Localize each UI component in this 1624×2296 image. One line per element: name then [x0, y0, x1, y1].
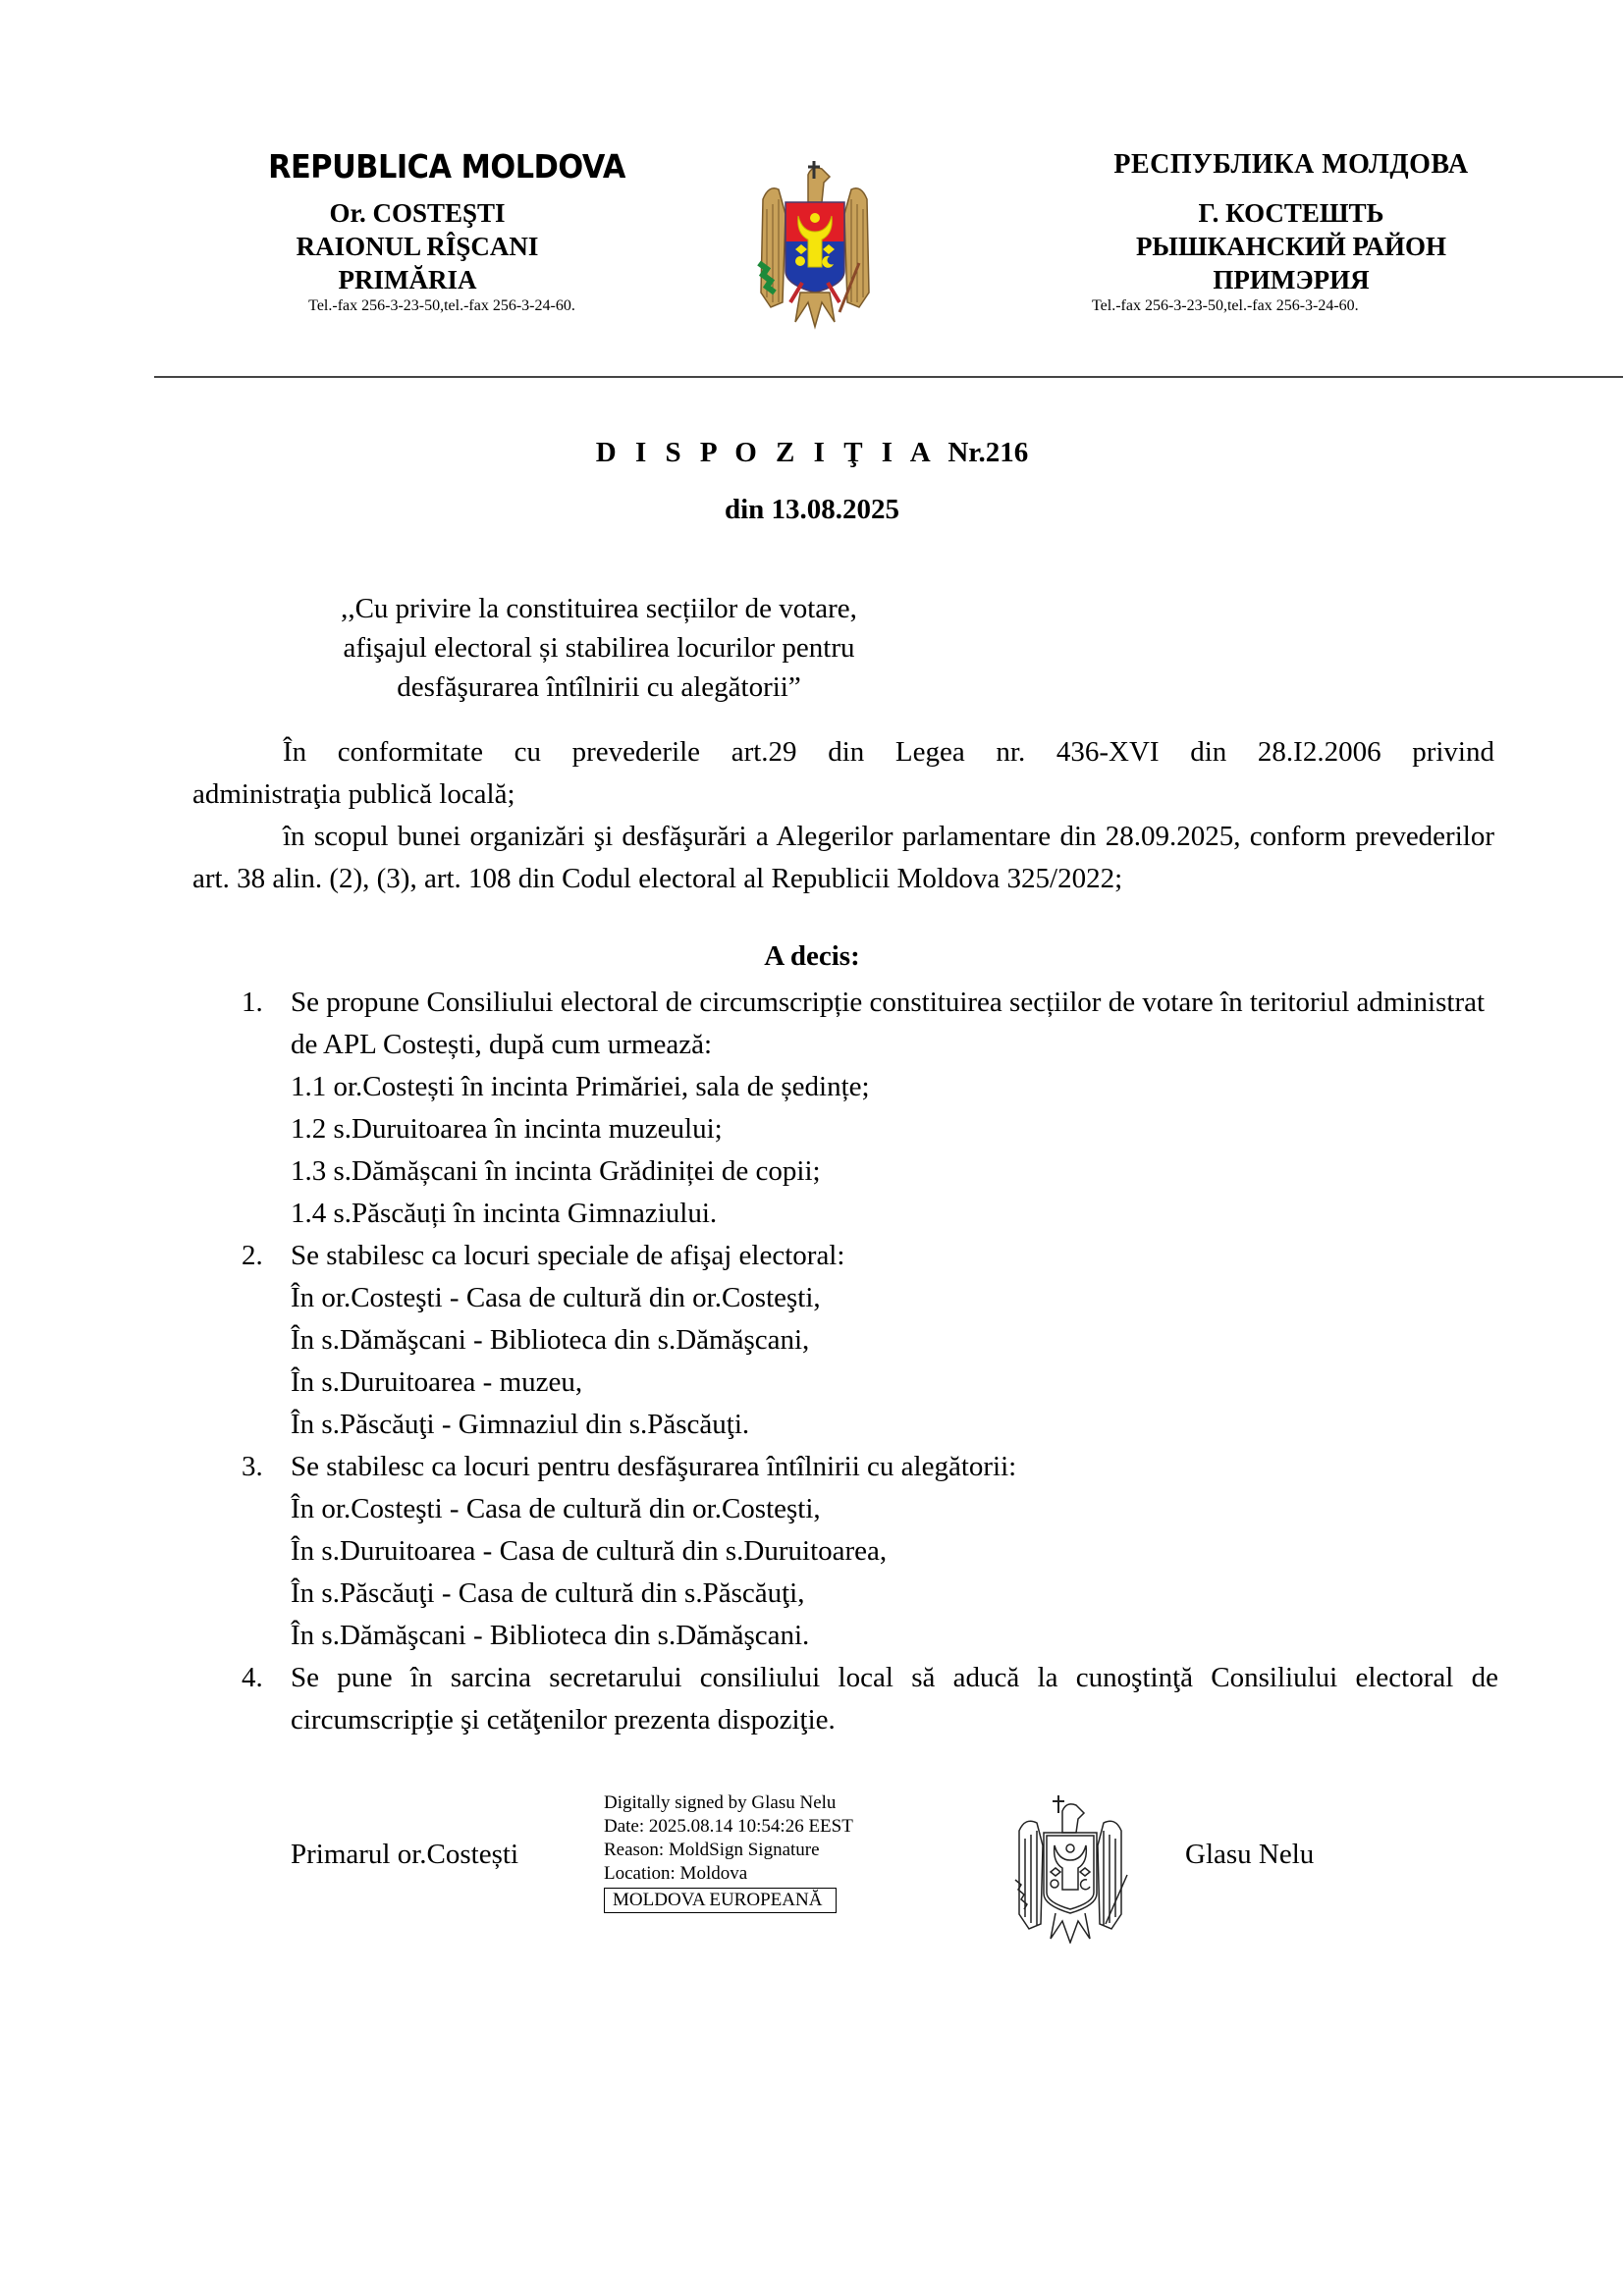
sub-item: În s.Dămăşcani - Biblioteca din s.Dămăşc… [291, 1319, 1498, 1362]
decision-item: 3. Se stabilesc ca locuri pentru desfăşu… [242, 1446, 1498, 1657]
header-divider [154, 376, 1623, 378]
preamble-paragraph-1: În conformitate cu prevederile art.29 di… [192, 731, 1494, 816]
signature-badge: MOLDOVA EUROPEANĂ [604, 1888, 837, 1913]
town-name-ru: Г. КОСТЕШТЬ [1070, 196, 1512, 230]
sub-item: În s.Păscăuţi - Gimnaziul din s.Păscăuţi… [291, 1404, 1498, 1446]
item-number: 3. [242, 1446, 263, 1488]
item-number: 1. [242, 982, 263, 1024]
preamble-line: În conformitate cu prevederile art.29 di… [192, 731, 1494, 774]
moldova-coat-of-arms-bw-icon [1011, 1791, 1129, 1944]
district-name-ru: РЫШКАНСКИЙ РАЙОН [1070, 230, 1512, 263]
signature-date: Date: 2025.08.14 10:54:26 EEST [604, 1815, 853, 1839]
sub-item: În or.Costeşti - Casa de cultură din or.… [291, 1277, 1498, 1319]
sub-item: În s.Păscăuţi - Casa de cultură din s.Pă… [291, 1573, 1498, 1615]
item-text: Se stabilesc ca locuri pentru desfăşurar… [291, 1451, 1016, 1482]
header-right: РЕСПУБЛИКА МОЛДОВА Г. КОСТЕШТЬ РЫШКАНСКИ… [1070, 145, 1512, 316]
item-text: Se propune Consiliului electoral de circ… [291, 987, 1485, 1060]
sub-item: 1.3 s.Dămășcani în incinta Grădiniței de… [291, 1150, 1498, 1193]
sub-item: În s.Duruitoarea - muzeu, [291, 1362, 1498, 1404]
district-name-ro: RAIONUL RÎŞCANI [167, 230, 668, 263]
decision-item: 4. Se pune în sarcina secretarului consi… [242, 1657, 1498, 1741]
moldova-coat-of-arms-icon [741, 155, 889, 332]
office-name-ro: PRIMĂRIA [147, 263, 668, 296]
sub-item: În or.Costeşti - Casa de cultură din or.… [291, 1488, 1498, 1530]
item-text: Se stabilesc ca locuri speciale de afişa… [291, 1240, 844, 1271]
town-name-ro: Or. COSTEŞTI [167, 196, 668, 230]
signatory-name: Glasu Nelu [1185, 1839, 1314, 1871]
sub-item: În s.Dămăşcani - Biblioteca din s.Dămăşc… [291, 1615, 1498, 1657]
document-date: din 13.08.2025 [0, 494, 1624, 526]
subject-line: afişajul electoral și stabilirea locuril… [285, 628, 913, 667]
signed-by: Digitally signed by Glasu Nelu [604, 1791, 853, 1815]
sub-item: În s.Duruitoarea - Casa de cultură din s… [291, 1530, 1498, 1573]
country-name-ru: РЕСПУБЛИКА МОЛДОВА [1070, 145, 1512, 185]
office-name-ru: ПРИМЭРИЯ [1070, 263, 1512, 296]
preamble-line: administraţia publică locală; [192, 774, 1494, 816]
phone-ru: Tel.-fax 256-3-23-50,tel.-fax 256-3-24-6… [1070, 296, 1512, 316]
document-subject: ,,Cu privire la constituirea secțiilor d… [285, 589, 913, 707]
signature-location: Location: Moldova [604, 1862, 853, 1886]
decision-heading: A decis: [0, 940, 1624, 973]
item-number: 4. [242, 1657, 263, 1699]
decision-item: 1. Se propune Consiliului electoral de c… [242, 982, 1498, 1235]
sub-item: 1.1 or.Costești în incinta Primăriei, sa… [291, 1066, 1498, 1108]
signatory-role: Primarul or.Costești [291, 1839, 518, 1871]
header-left: REPUBLICA MOLDOVA Or. COSTEŞTI RAIONUL R… [226, 147, 668, 316]
item-number: 2. [242, 1235, 263, 1277]
subject-line: ,,Cu privire la constituirea secțiilor d… [285, 589, 913, 628]
subject-line: desfăşurarea întîlnirii cu alegătorii” [285, 667, 913, 707]
decision-item: 2. Se stabilesc ca locuri speciale de af… [242, 1235, 1498, 1446]
item-text: Se pune în sarcina secretarului consiliu… [291, 1657, 1498, 1741]
document-number: Nr.216 [947, 437, 1028, 468]
sub-item: 1.4 s.Păscăuți în incinta Gimnaziului. [291, 1193, 1498, 1235]
country-name-ro: REPUBLICA MOLDOVA [244, 147, 650, 187]
title-word: D I S P O Z I Ţ I A [596, 437, 935, 468]
phone-ro: Tel.-fax 256-3-23-50,tel.-fax 256-3-24-6… [216, 296, 668, 316]
signature-reason: Reason: MoldSign Signature [604, 1839, 853, 1862]
preamble-paragraph-2: în scopul bunei organizări şi desfăşurăr… [192, 816, 1494, 900]
digital-signature-block: Digitally signed by Glasu Nelu Date: 202… [604, 1791, 853, 1913]
sub-item: 1.2 s.Duruitoarea în incinta muzeului; [291, 1108, 1498, 1150]
decision-list: 1. Se propune Consiliului electoral de c… [242, 982, 1498, 1741]
document-title: D I S P O Z I Ţ I A Nr.216 [0, 437, 1624, 469]
